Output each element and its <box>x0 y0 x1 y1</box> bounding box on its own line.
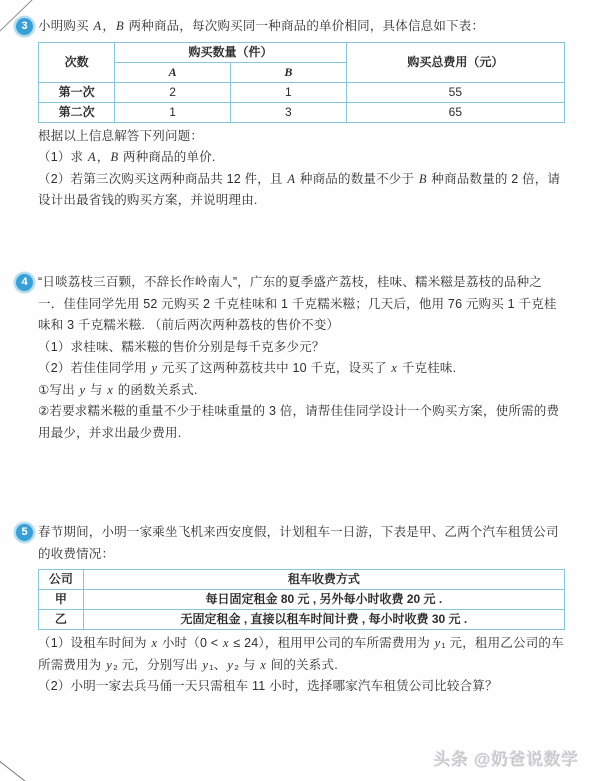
header-item-b: B <box>230 62 346 82</box>
header-total-cost: 购买总费用（元） <box>346 42 564 82</box>
header-quantity: 购买数量（件） <box>115 42 346 62</box>
problem-3-note: 根据以上信息解答下列问题： <box>38 126 565 148</box>
problem-3-intro: 小明购买 A，B 两种商品，每次购买同一种商品的单价相同，具体信息如下表： <box>38 16 565 38</box>
problem-4-intro: “日啖荔枝三百颗，不辞长作岭南人”，广东的夏季盛产荔枝，桂味、糯米糍是荔枝的品种… <box>38 272 565 337</box>
problem-3-purchase-table: 次数 购买数量（件） 购买总费用（元） A B 第一次 2 1 55 第二次 1 <box>38 42 565 123</box>
problem-3: 3 小明购买 A，B 两种商品，每次购买同一种商品的单价相同，具体信息如下表： … <box>0 16 595 212</box>
table-row: 次数 购买数量（件） 购买总费用（元） <box>39 42 565 62</box>
problem-3-number-badge: 3 <box>16 18 33 35</box>
table-row: 第二次 1 3 65 <box>39 102 565 122</box>
row1-b: 1 <box>230 82 346 102</box>
company-yi-pricing: 无固定租金 , 直接以租车时间计费 , 每小时收费 30 元 . <box>83 610 564 630</box>
problem-3-content: 小明购买 A，B 两种商品，每次购买同一种商品的单价相同，具体信息如下表： 次数… <box>38 16 565 212</box>
problem-5-intro: 春节期间，小明一家乘坐飞机来西安度假，计划租车一日游，下表是甲、乙两个汽车租赁公… <box>38 522 565 565</box>
problem-5-number-badge: 5 <box>16 524 33 541</box>
problem-3-question-1: （1）求 A，B 两种商品的单价. <box>38 147 565 169</box>
row2-b: 3 <box>230 102 346 122</box>
problem-5-rental-table: 公司 租车收费方式 甲 每日固定租金 80 元 , 另外每小时收费 20 元 .… <box>38 569 565 630</box>
header-company: 公司 <box>39 570 84 590</box>
problem-4-question-1: （1）求桂味、糯米糍的售价分别是每千克多少元？ <box>38 337 565 359</box>
problem-4: 4 “日啖荔枝三百颗，不辞长作岭南人”，广东的夏季盛产荔枝，桂味、糯米糍是荔枝的… <box>0 272 595 444</box>
problem-4-content: “日啖荔枝三百颗，不辞长作岭南人”，广东的夏季盛产荔枝，桂味、糯米糍是荔枝的品种… <box>38 272 565 444</box>
row2-label: 第二次 <box>39 102 115 122</box>
row1-label: 第一次 <box>39 82 115 102</box>
table-row: 公司 租车收费方式 <box>39 570 565 590</box>
header-pricing: 租车收费方式 <box>83 570 564 590</box>
row2-total: 65 <box>346 102 564 122</box>
row2-a: 1 <box>115 102 231 122</box>
table-row: 甲 每日固定租金 80 元 , 另外每小时收费 20 元 . <box>39 590 565 610</box>
table-row: 乙 无固定租金 , 直接以租车时间计费 , 每小时收费 30 元 . <box>39 610 565 630</box>
page-fold-line-bottom-left <box>0 759 32 781</box>
company-yi: 乙 <box>39 610 84 630</box>
row1-a: 2 <box>115 82 231 102</box>
row1-total: 55 <box>346 82 564 102</box>
problem-5-question-2: （2）小明一家去兵马俑一天只需租车 11 小时，选择哪家汽车租赁公司比较合算？ <box>38 676 565 698</box>
header-times: 次数 <box>39 42 115 82</box>
problem-4-question-2-sub-1: ①写出 y 与 x 的函数关系式. <box>38 380 565 402</box>
company-jia: 甲 <box>39 590 84 610</box>
problem-4-number-badge: 4 <box>16 274 33 291</box>
problem-3-question-2: （2）若第三次购买这两种商品共 12 件，且 A 种商品的数量不少于 B 种商品… <box>38 169 565 212</box>
problem-4-question-2: （2）若佳佳同学用 y 元买了这两种荔枝共中 10 千克，设买了 x 千克桂味. <box>38 358 565 380</box>
problem-5-content: 春节期间，小明一家乘坐飞机来西安度假，计划租车一日游，下表是甲、乙两个汽车租赁公… <box>38 522 565 698</box>
worksheet-page: 3 小明购买 A，B 两种商品，每次购买同一种商品的单价相同，具体信息如下表： … <box>0 0 595 781</box>
header-item-a: A <box>115 62 231 82</box>
table-row: 第一次 2 1 55 <box>39 82 565 102</box>
problem-4-question-2-sub-2: ②若要求糯米糍的重量不少于桂味重量的 3 倍，请帮佳佳同学设计一个购买方案，使所… <box>38 401 565 444</box>
problem-5-question-1: （1）设租车时间为 x 小时（0 < x ≤ 24），租用甲公司的车所需费用为 … <box>38 633 565 676</box>
problem-5: 5 春节期间，小明一家乘坐飞机来西安度假，计划租车一日游，下表是甲、乙两个汽车租… <box>0 522 595 698</box>
watermark-toutiao: 头条 @奶爸说数学 <box>434 746 579 770</box>
company-jia-pricing: 每日固定租金 80 元 , 另外每小时收费 20 元 . <box>83 590 564 610</box>
